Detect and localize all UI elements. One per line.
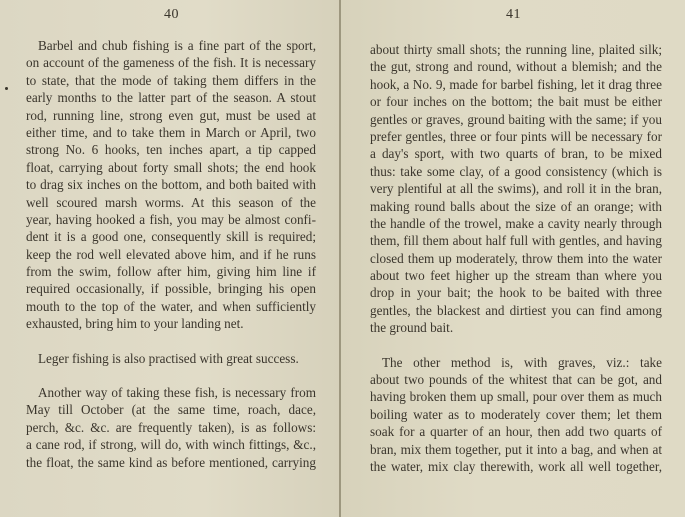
text-line: them, fill them about half full with gen…	[370, 232, 662, 249]
left-page-body: Barbel and chub fishing is a fine part o…	[26, 37, 316, 471]
paragraph-graves-method: The other method is, with graves, viz.: …	[370, 354, 662, 476]
text-line: the float, the same kind as before menti…	[26, 454, 316, 471]
text-line: prefer gentles, three or four pints will…	[370, 128, 662, 145]
text-line: well scoured marsh worms. At this season…	[26, 194, 316, 211]
text-line: a day's sport, with two quarts of bran, …	[370, 145, 662, 162]
text-line: gentles, the blackest and dirtiest you c…	[370, 302, 662, 319]
paragraph-tackle-bait: about thirty small shots; the running li…	[370, 41, 662, 337]
text-line: or four inches on the bottom; the bait m…	[370, 93, 662, 110]
text-line: exhausted, bring him to your landing net…	[26, 315, 316, 332]
text-line: from the swim, follow after him, giving …	[26, 263, 316, 280]
text-line: about two feet higher up the stream than…	[370, 267, 662, 284]
text-line: very plentiful at all the swims), and ro…	[370, 180, 662, 197]
text-line: year, having hooked a fish, you may be a…	[26, 211, 316, 228]
left-page: 40 Barbel and chub fishing is a fine par…	[0, 0, 339, 517]
text-line: rod, running line, strong even gut, must…	[26, 107, 316, 124]
text-line: to drag six inches on the bottom, and bo…	[26, 176, 316, 193]
book-spread: 40 Barbel and chub fishing is a fine par…	[0, 0, 685, 517]
text-line: float, carrying about forty small shots;…	[26, 159, 316, 176]
text-line: gentles or graves, ground baiting with t…	[370, 111, 662, 128]
text-line: closed them up moderately, throw them in…	[370, 250, 662, 267]
text-line: the ground bait.	[370, 319, 662, 336]
text-line: either time, and to take them in March o…	[26, 124, 316, 141]
text-line: keep the rod well elevated above him, an…	[26, 246, 316, 263]
text-line: hook, a No. 9, made for barbel fishing, …	[370, 76, 662, 93]
text-line: soak for a quarter of an hour, then add …	[370, 423, 662, 440]
ink-spot	[5, 87, 8, 90]
text-line: having broken them up small, pour over t…	[370, 388, 662, 405]
text-line: boiling water as to moderately cover the…	[370, 406, 662, 423]
text-line: The other method is, with graves, viz.: …	[370, 354, 662, 371]
text-line: the water, mix clay therewith, work all …	[370, 458, 662, 475]
text-line: dent it is a good one, consequently skil…	[26, 228, 316, 245]
text-line: perch, &c. &c. are frequently taken), is…	[26, 419, 316, 436]
text-line: to state, that the mode of taking them d…	[26, 72, 316, 89]
text-line: early months to the latter part of the s…	[26, 89, 316, 106]
page-number-left: 40	[164, 7, 179, 23]
text-line: about two pounds of the whitest that can…	[370, 371, 662, 388]
paragraph-leger-fishing: Leger fishing is also practised with gre…	[26, 350, 316, 367]
text-line: bran, mix them together, put it into a b…	[370, 441, 662, 458]
text-line: Another way of taking these fish, is nec…	[26, 384, 316, 401]
text-line: Leger fishing is also practised with gre…	[26, 350, 316, 367]
text-line: mouth to the top of the water, and when …	[26, 298, 316, 315]
text-line: required occasionally, if possible, brin…	[26, 280, 316, 297]
text-line: a cane rod, if strong, will do, with win…	[26, 436, 316, 453]
right-page: 41 about thirty small shots; the running…	[341, 0, 685, 517]
right-page-body: about thirty small shots; the running li…	[370, 41, 662, 475]
text-line: about thirty small shots; the running li…	[370, 41, 662, 58]
text-line: strong No. 6 hooks, ten inches apart, a …	[26, 141, 316, 158]
text-line: drop in your bait; the hook to be baited…	[370, 284, 662, 301]
page-number-right: 41	[506, 7, 521, 23]
text-line: Barbel and chub fishing is a fine part o…	[26, 37, 316, 54]
text-line: the gut, strong and round, without a ble…	[370, 58, 662, 75]
paragraph-another-way: Another way of taking these fish, is nec…	[26, 384, 316, 471]
paragraph-barbel-chub: Barbel and chub fishing is a fine part o…	[26, 37, 316, 333]
text-line: making round balls about the size of an …	[370, 198, 662, 215]
text-line: May till October (at the same time, roac…	[26, 401, 316, 418]
text-line: the handle of the trowel, make a cavity …	[370, 215, 662, 232]
text-line: on account of the gameness of the fish. …	[26, 54, 316, 71]
text-line: thus: take some clay, of a good consiste…	[370, 163, 662, 180]
